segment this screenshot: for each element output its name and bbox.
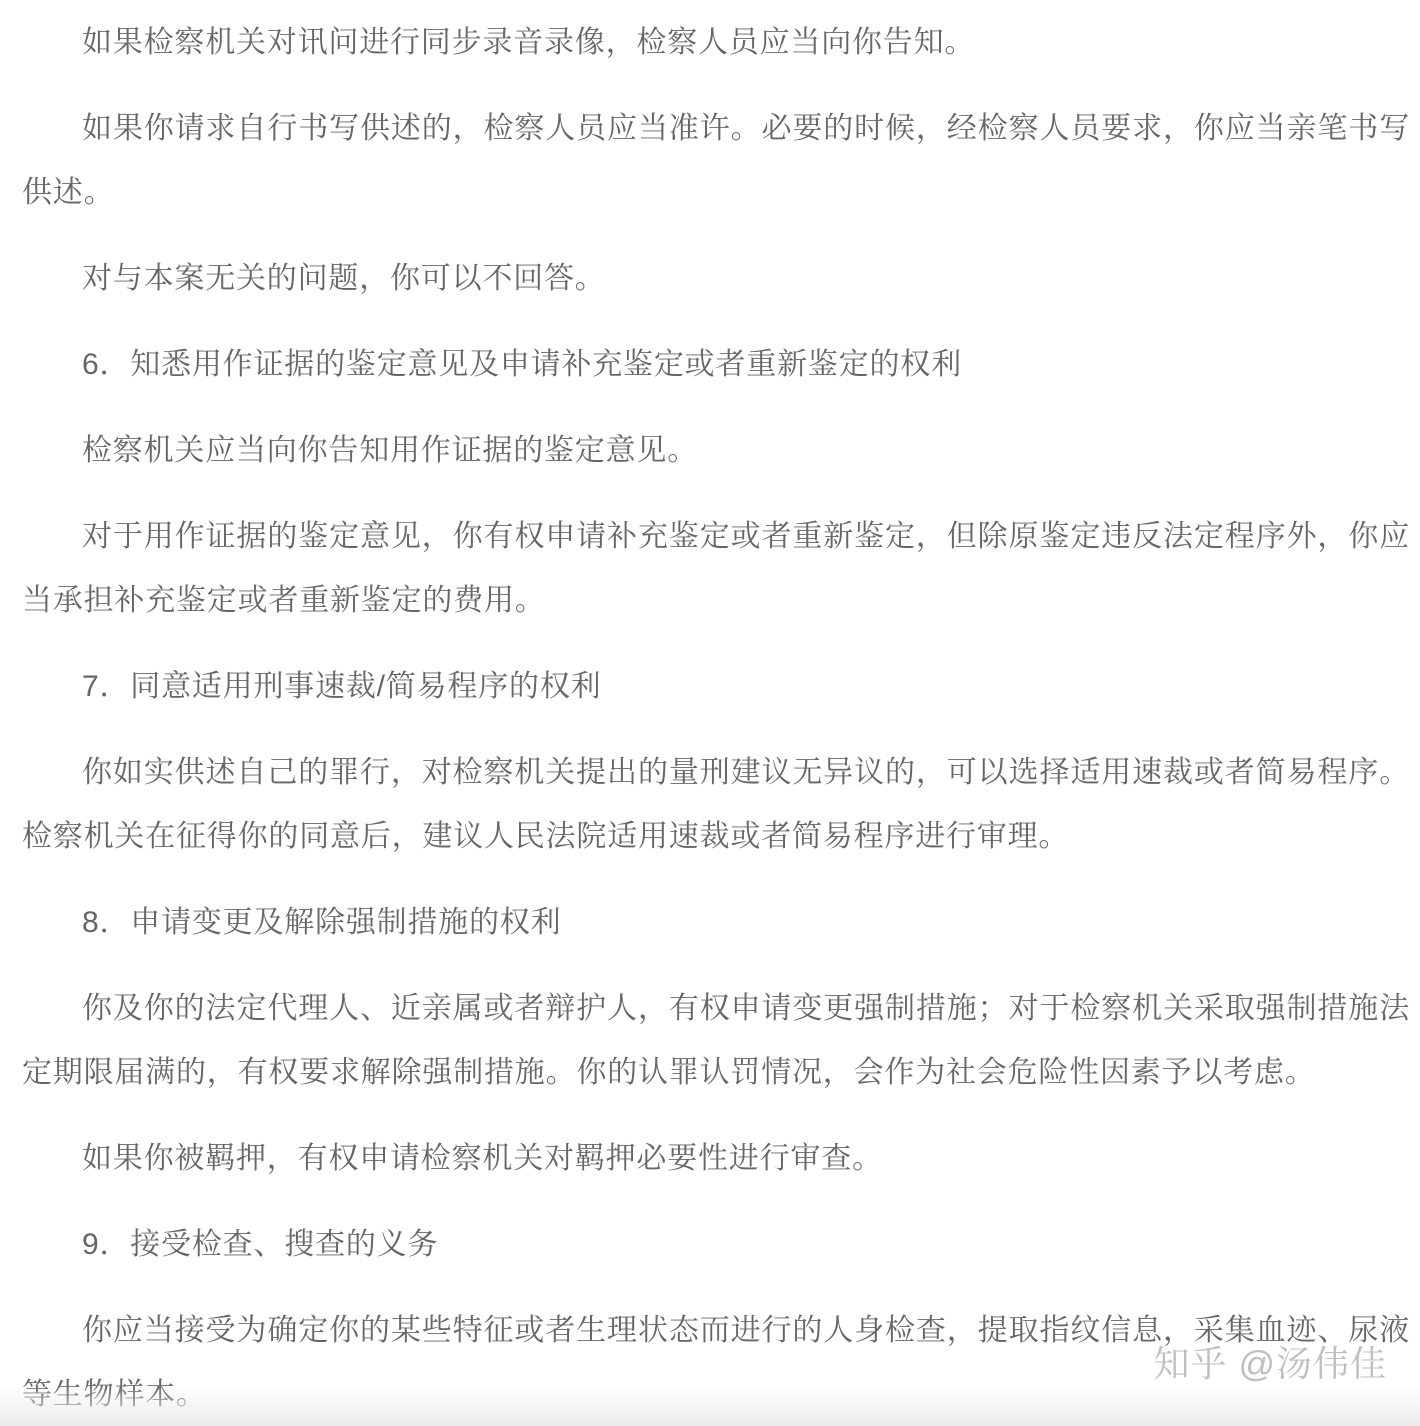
article-body: 如果检察机关对讯问进行同步录音录像，检察人员应当向你告知。 如果你请求自行书写供… <box>0 0 1420 1426</box>
paragraph-expedited-procedure: 你如实供述自己的罪行，对检察机关提出的量刑建议无异议的，可以选择适用速裁或者简易… <box>22 741 1410 869</box>
paragraph-physical-examination: 你应当接受为确定你的某些特征或者生理状态而进行的人身检查，提取指纹信息，采集血迹… <box>22 1299 1410 1426</box>
paragraph-expert-opinion-notice: 检察机关应当向你告知用作证据的鉴定意见。 <box>22 419 1410 483</box>
paragraph-recording-notice: 如果检察机关对讯问进行同步录音录像，检察人员应当向你告知。 <box>22 11 1410 75</box>
paragraph-written-statement: 如果你请求自行书写供述的，检察人员应当准许。必要的时候，经检察人员要求，你应当亲… <box>22 97 1410 225</box>
section-heading-9: 9．接受检查、搜查的义务 <box>22 1213 1410 1277</box>
paragraph-supplementary-appraisal: 对于用作证据的鉴定意见，你有权申请补充鉴定或者重新鉴定，但除原鉴定违反法定程序外… <box>22 505 1410 633</box>
paragraph-irrelevant-questions: 对与本案无关的问题，你可以不回答。 <box>22 247 1410 311</box>
paragraph-compulsory-measures: 你及你的法定代理人、近亲属或者辩护人，有权申请变更强制措施；对于检察机关采取强制… <box>22 977 1410 1105</box>
section-heading-7: 7．同意适用刑事速裁/简易程序的权利 <box>22 655 1410 719</box>
section-heading-6: 6．知悉用作证据的鉴定意见及申请补充鉴定或者重新鉴定的权利 <box>22 333 1410 397</box>
paragraph-detention-review: 如果你被羁押，有权申请检察机关对羁押必要性进行审查。 <box>22 1127 1410 1191</box>
section-heading-8: 8．申请变更及解除强制措施的权利 <box>22 891 1410 955</box>
